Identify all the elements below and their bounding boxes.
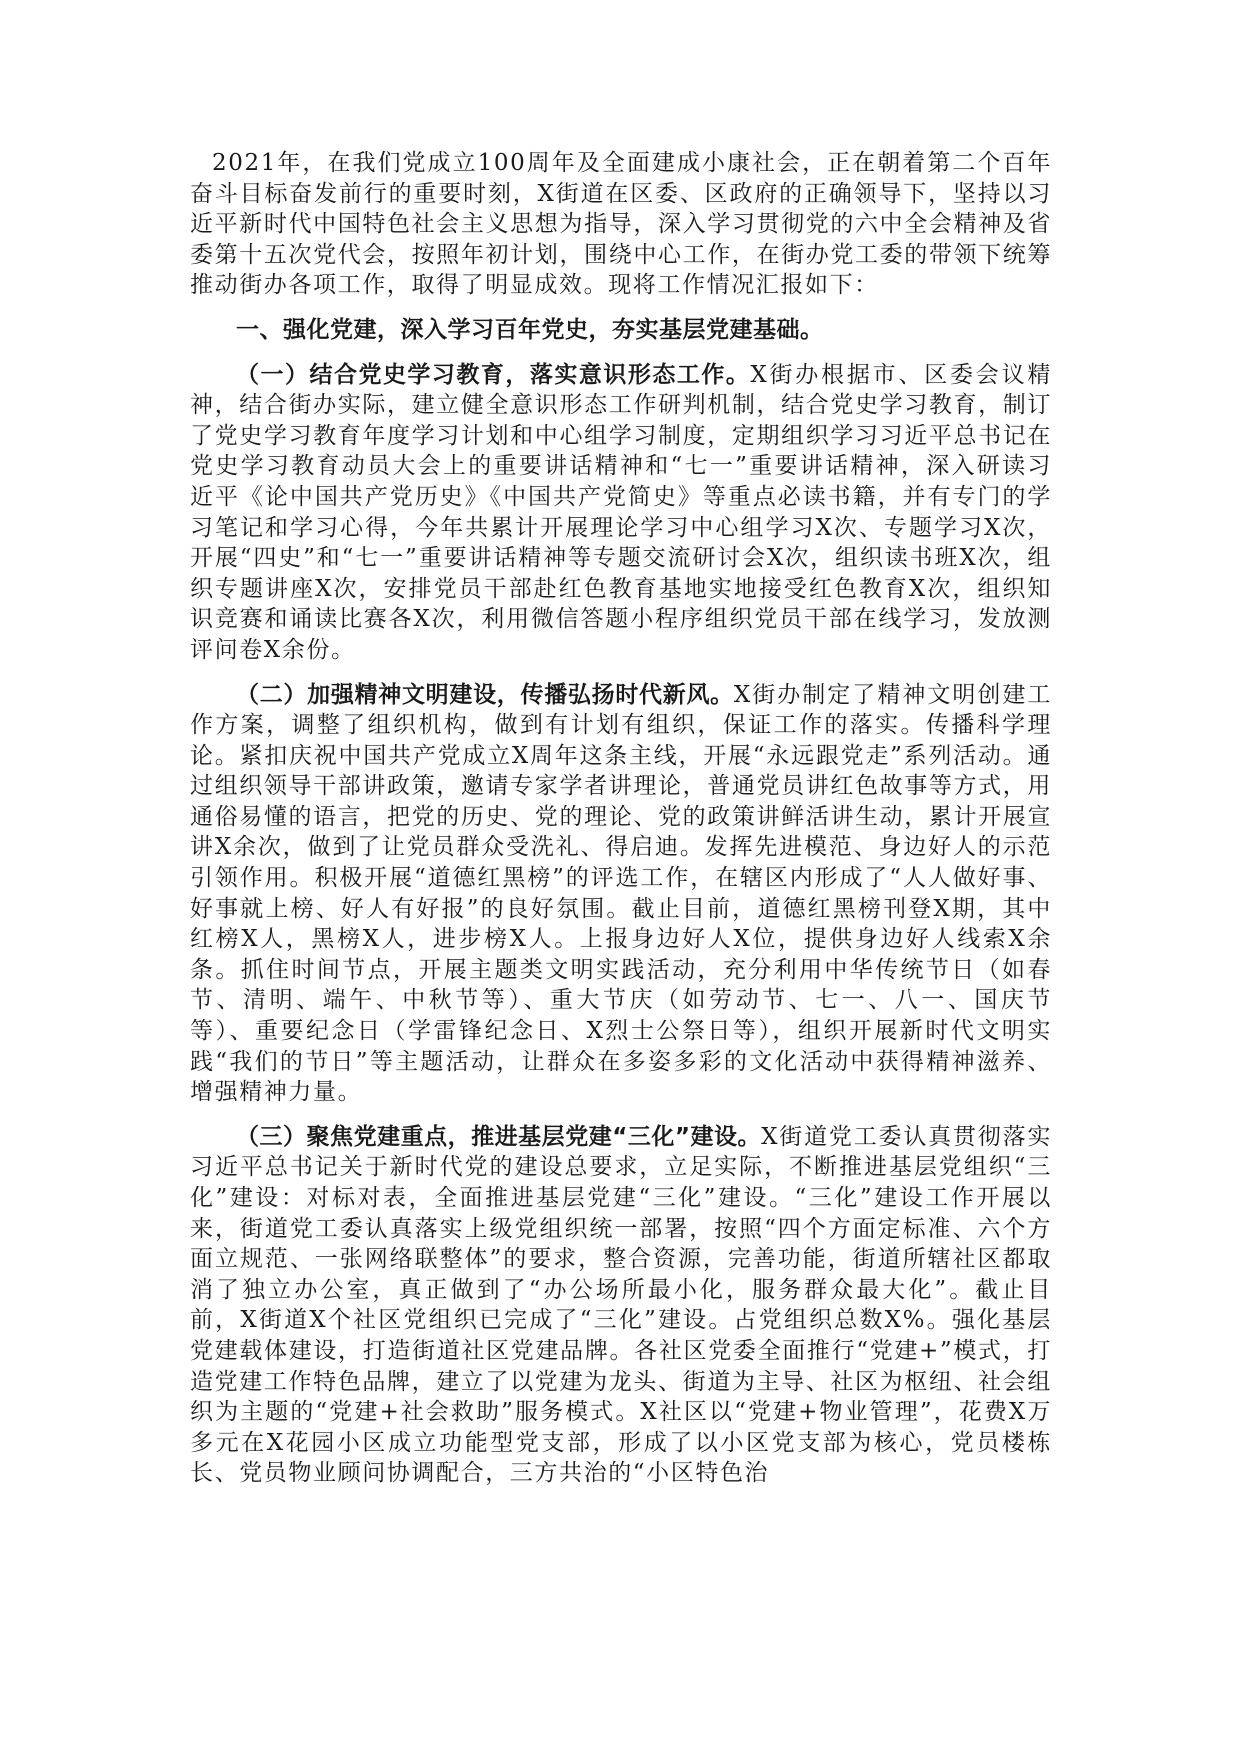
subsection-3: （三）聚焦党建重点，推进基层党建“三化”建设。X街道党工委认真贯彻落实习近平总书… xyxy=(190,1122,1052,1489)
subsection-3-title: （三）聚焦党建重点，推进基层党建“三化”建设。 xyxy=(236,1124,761,1150)
subsection-2-body: X街办制定了精神文明创建工作方案，调整了组织机构，做到有计划有组织，保证工作的落… xyxy=(190,682,1052,1106)
section-heading-1: 一、强化党建，深入学习百年党史，夯实基层党建基础。 xyxy=(190,315,1052,346)
subsection-1-title: （一）结合党史学习教育，落实意识形态工作。 xyxy=(236,362,750,388)
document-page: 2021年，在我们党成立100周年及全面建成小康社会，正在朝着第二个百年奋斗目标… xyxy=(190,148,1052,1489)
subsection-2: （二）加强精神文明建设，传播弘扬时代新风。X街办制定了精神文明创建工作方案，调整… xyxy=(190,680,1052,1108)
subsection-3-body: X街道党工委认真贯彻落实习近平总书记关于新时代党的建设总要求，立足实际，不断推进… xyxy=(190,1124,1052,1487)
subsection-1: （一）结合党史学习教育，落实意识形态工作。X街办根据市、区委会议精神，结合街办实… xyxy=(190,360,1052,666)
subsection-1-body: X街办根据市、区委会议精神，结合街办实际，建立健全意识形态工作研判机制，结合党史… xyxy=(190,362,1052,663)
subsection-2-title: （二）加强精神文明建设，传播弘扬时代新风。 xyxy=(236,682,734,708)
intro-paragraph: 2021年，在我们党成立100周年及全面建成小康社会，正在朝着第二个百年奋斗目标… xyxy=(190,148,1052,301)
